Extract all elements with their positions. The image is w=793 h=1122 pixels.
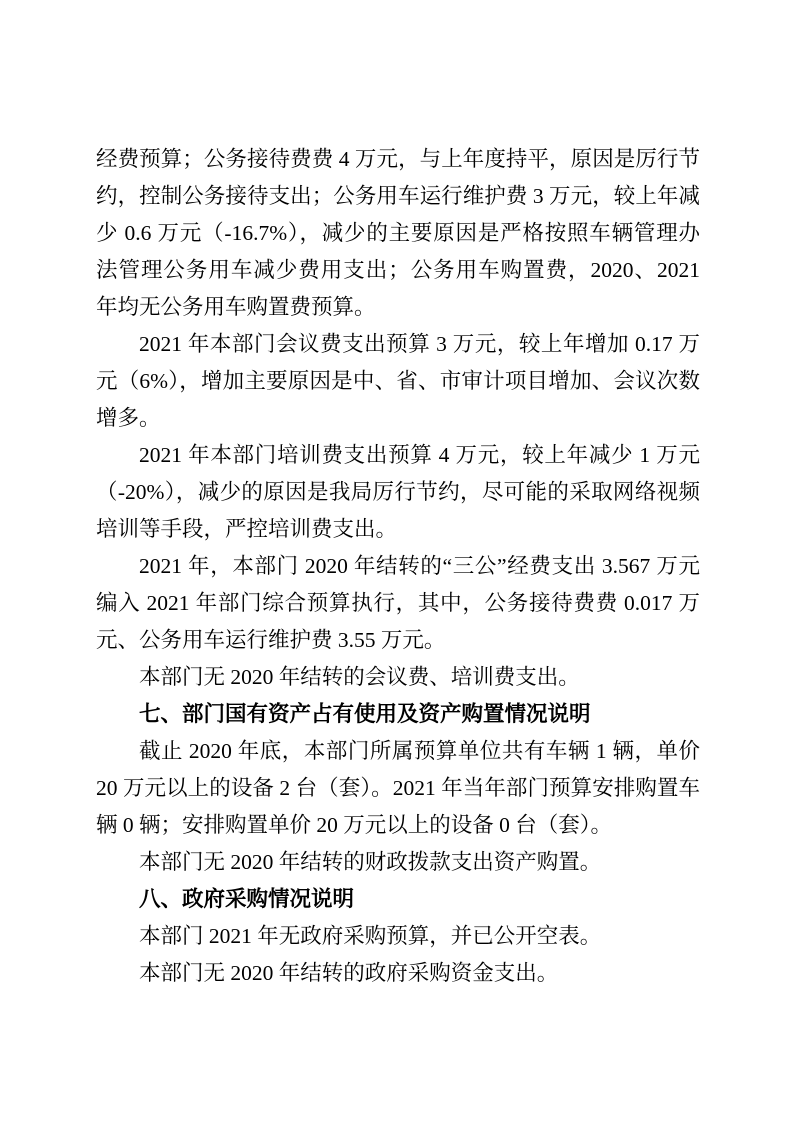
paragraph-no-carryover-meeting-training: 本部门无 2020 年结转的会议费、培训费支出。 [96,659,700,696]
paragraph-training-fee: 2021 年本部门培训费支出预算 4 万元，较上年减少 1 万元（-20%），减… [96,437,700,548]
heading-section-8-government-procurement: 八、政府采购情况说明 [96,881,700,918]
document-page: { "document": { "language": "zh-CN", "pa… [0,0,793,1122]
paragraph-no-carryover-procurement: 本部门无 2020 年结转的政府采购资金支出。 [96,955,700,992]
paragraph-meeting-fee: 2021 年本部门会议费支出预算 3 万元，较上年增加 0.17 万元（6%），… [96,326,700,437]
paragraph-sangong-continued: 经费预算；公务接待费费 4 万元，与上年度持平，原因是厉行节约，控制公务接待支出… [96,141,700,326]
heading-section-7-state-assets: 七、部门国有资产占有使用及资产购置情况说明 [96,696,700,733]
paragraph-assets-status: 截止 2020 年底，本部门所属预算单位共有车辆 1 辆，单价 20 万元以上的… [96,733,700,844]
paragraph-procurement-2021: 本部门 2021 年无政府采购预算，并已公开空表。 [96,918,700,955]
paragraph-no-carryover-asset-purchase: 本部门无 2020 年结转的财政拨款支出资产购置。 [96,844,700,881]
page-text-block: 经费预算；公务接待费费 4 万元，与上年度持平，原因是厉行节约，控制公务接待支出… [96,141,700,992]
paragraph-carryover-sangong: 2021 年，本部门 2020 年结转的“三公”经费支出 3.567 万元编入 … [96,548,700,659]
